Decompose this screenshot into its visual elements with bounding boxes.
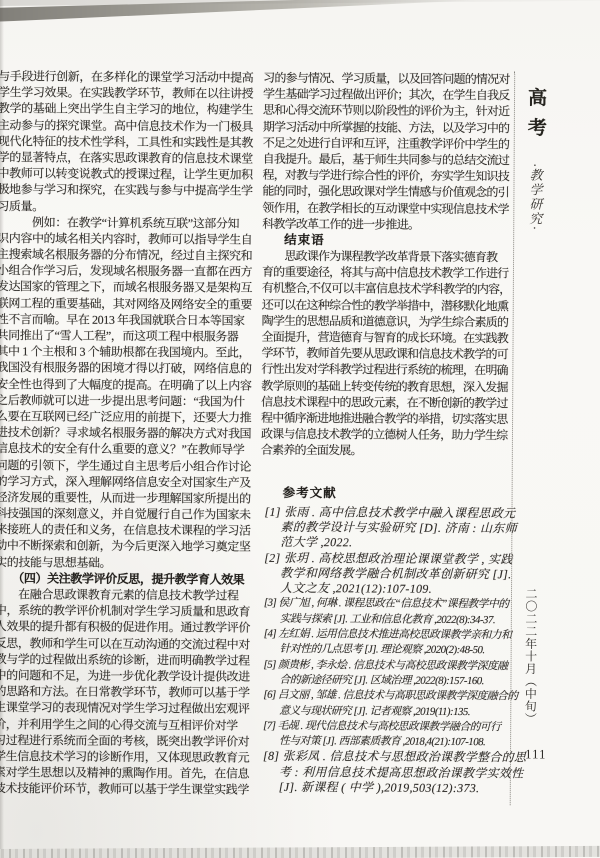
text-line: 在融合思政课教育元素的信息技术教学过程	[0, 586, 267, 604]
reference-line: [5] 颜贵彬 , 李永烩 . 信息技术与高校思政课教学深度融	[264, 657, 512, 674]
text-line: 思和心得交流环节则以阶段性的评价为主，针对近	[263, 102, 515, 120]
page-content: 与手段进行创新，在多样化的课堂学习活动中提高学生学习效果。在实践教学环节，教师在…	[0, 0, 600, 858]
text-line: 合素养的全面发展。	[261, 442, 513, 460]
text-line: 教学的基础上突出学生自主学习的地位，构建学生	[0, 101, 270, 119]
text-line: 全面提升，营造德育与智育的成长环境。在实践教	[262, 329, 514, 347]
left-paragraph-block-2: 在融合思政课教育元素的信息技术教学过程中，系统的教学评价机制对学生学习质量和思政…	[0, 586, 267, 798]
text-line: 有机整合,不仅可以丰富信息技术学科教学的内容，	[262, 280, 514, 298]
scan-edge-texture-bottom	[0, 846, 600, 858]
reference-line-continuation: 意义与现状研究 [J]. 记者观察 ,2019(11):135.	[263, 703, 511, 720]
text-line: 例如：在教学“计算机系统互联”这部分知	[0, 214, 269, 232]
text-line: 动中不断探索和创新，为今后更深入地学习奠定坚	[0, 538, 267, 556]
text-line: 领作用，在教学相长的互动课堂中实现信息技术学	[262, 199, 514, 217]
text-line: 小组合作学习后，发现域名根服务器一直都在西方	[0, 262, 269, 280]
journal-title-vertical: 高考	[522, 87, 549, 147]
text-line: 的思路和方法。在日常教学环节，教师可以基于学	[0, 683, 266, 701]
text-line: 育的重要途径，将其与高中信息技术教学工作进行	[262, 264, 514, 282]
text-line: 信息技术课程中的思政元素，在不断创新的教学过	[261, 394, 513, 412]
text-line: 还可以在这种综合性的教学举措中，潜移默化地熏	[262, 296, 514, 314]
text-line: 进技术创新？寻求域名根服务器的解决方式对我国	[0, 424, 268, 442]
text-line: 么要在互联网已经广泛应用的前提下，还要大力推	[0, 408, 268, 426]
text-line: 生课堂学习的表现情况对学生学习过程做出宏观评	[0, 699, 266, 717]
text-line: 程中循序渐进地推进融合教学的举措，切实落实思	[261, 410, 513, 428]
text-line: 教与学的过程做出系统的诊断，进而明确教学过程	[0, 651, 267, 669]
text-line: 科教学改革工作的进一步推进。	[262, 215, 514, 233]
conclusion-heading: 结束语	[262, 232, 514, 250]
scanned-page: 与手段进行创新，在多样化的课堂学习活动中提高学生学习效果。在实践教学环节，教师在…	[0, 0, 600, 858]
text-line: 共同推出了“雪人工程”，而这项工程中根服务器	[0, 327, 269, 345]
text-line: 学生学习效果。在实践教学环节，教师在以往讲授	[0, 84, 270, 102]
text-line: 政课与信息技术教学的立德树人任务，助力学生综	[261, 426, 513, 444]
conclusion-paragraph-block: 思政课作为课程教学改革背景下落实德育教育的重要途径，将其与高中信息技术教学工作进…	[261, 248, 514, 460]
text-line: 我国没有根服务器的困境才得以打破，网络信息的	[0, 360, 268, 378]
reference-item: [4] 左红娟 . 运用信息技术推进高校思政课教学亲和力和针对性的几点思考 [J…	[264, 627, 512, 659]
text-line: 学生信息技术学习的诊断作用，又体现思政教育元	[0, 748, 266, 766]
reference-line: [8] 张彩凤 . 信息技术与思想政治课教学整合的思	[263, 749, 511, 766]
text-line: 之后教师就可以进一步提出思考问题：“我国为什	[0, 392, 268, 410]
text-line: 教学原则的基础上转变传统的教育思想，深入发掘	[261, 377, 513, 395]
reference-line-continuation: 针对性的几点思考 [J]. 理论观察 ,2020(2):48-50.	[264, 642, 512, 659]
text-line: 习质量。	[0, 198, 269, 216]
text-line: 经济发展的重要性，从而进一步理解国家所提出的	[0, 489, 268, 507]
text-line: 其中 1 个主根和 3 个辅助根都在我国境内。至此，	[0, 343, 269, 361]
text-line: 反思，教师和学生可以在互动沟通的交流过程中对	[0, 635, 267, 653]
references-list: [1] 张雨 . 高中信息技术教学中融入课程思政元素的教学设计与实验研究 [D]…	[263, 504, 513, 796]
journal-issue-date-vertical: 二〇二二年十月（中旬）	[522, 587, 540, 725]
reference-line-continuation: 实践与探索 [J]. 工业和信息化教育 ,2022(8):34-37.	[264, 612, 512, 629]
text-line: 自我提升。最后，基于师生共同参与的总结交流过	[263, 151, 515, 169]
left-column: 与手段进行创新，在多样化的课堂学习活动中提高学生学习效果。在实践教学环节，教师在…	[0, 68, 270, 798]
text-line: 安全性也得到了大幅度的提高。在明确了以上内容	[0, 376, 268, 394]
reference-line-continuation: 合的新途径研究 [J]. 区域治理 ,2022(8):157-160.	[263, 673, 511, 690]
text-line: 主搜索域名根服务器的分布情况，经过自主探究和	[0, 246, 269, 264]
reference-line-continuation: 教学和网络教学融合机制改革创新研究 [J].	[264, 566, 512, 583]
text-line: 发达国家的管理之下，而域名根服务器又是架构互	[0, 279, 269, 297]
reference-line: [6] 吕文丽 , 邹雄 . 信息技术与高职思政课教学深度融合的	[263, 688, 511, 705]
text-line: 实的技能与思想基础。	[0, 554, 267, 572]
text-line: 中，系统的教学评价机制对学生学习质量和思政育	[0, 602, 267, 620]
reference-line-continuation: 考 : 利用信息技术提高思想政治课教学实效性	[263, 765, 511, 782]
text-line: 的学习方式，深入理解网络信息安全对国家生产及	[0, 473, 268, 491]
text-line: 现代化特征的技术性学科，工具性和实践性是其教	[0, 133, 270, 151]
reference-line: [4] 左红娟 . 运用信息技术推进高校思政课教学亲和力和	[264, 627, 512, 644]
text-line: 学环节，教师首先要从思政课和信息技术教学的可	[261, 345, 513, 363]
text-line: 信息技术的安全有什么重要的意义？”在教师导学	[0, 440, 268, 458]
text-line: 中教师可以转变说教式的授课过程，让学生更加积	[0, 165, 270, 183]
text-line: 技术技能评价环节，教师可以基于学生课堂实践学	[0, 780, 266, 798]
text-line: 习的参与情况、学习质量，以及回答问题的情况对	[263, 70, 515, 88]
reference-item: [8] 张彩凤 . 信息技术与思想政治课教学整合的思考 : 利用信息技术提高思想…	[263, 749, 511, 796]
text-line: 与手段进行创新，在多样化的课堂学习活动中提高	[0, 68, 270, 86]
text-line: 期学习活动中所掌握的技能、方法，以及学习中的	[263, 118, 515, 136]
text-line: 陶学生的思想品质和道德意识，为学生综合素质的	[262, 313, 514, 331]
reference-item: [5] 颜贵彬 , 李永烩 . 信息技术与高校思政课教学深度融合的新途径研究 […	[263, 657, 511, 689]
reference-line: [3] 侯广旭 , 何琳 . 课程思政在“信息技术”课程教学中的	[264, 596, 512, 613]
reference-item: [2] 张玥 . 高校思想政治理论课课堂教学 , 实践教学和网络教学融合机制改革…	[264, 550, 512, 597]
left-paragraph-block-1: 与手段进行创新，在多样化的课堂学习活动中提高学生学习效果。在实践教学环节，教师在…	[0, 68, 270, 571]
reference-line-continuation: [J]. 新课程 ( 中学 ),2019,503(12):373.	[263, 780, 511, 797]
text-line: 极地参与学习和探究，在实践与参与中提高学生学	[0, 181, 270, 199]
text-line: 主动参与的探究课堂。高中信息技术作为一门极具	[0, 117, 270, 135]
reference-line: [2] 张玥 . 高校思想政治理论课课堂教学 , 实践	[264, 550, 512, 567]
reference-item: [3] 侯广旭 , 何琳 . 课程思政在“信息技术”课程教学中的实践与探索 [J…	[264, 596, 512, 628]
text-line: 不足之处进行自评和互评，注重教学评价中学生的	[263, 135, 515, 153]
text-line: 能的同时，强化思政课对学生情感与价值观念的引	[262, 183, 514, 201]
text-line: 程，对教与学进行综合性的评价，夯实学生知识技	[263, 167, 515, 185]
reference-line-continuation: 人文之友 ,2021(12):107-109.	[264, 581, 512, 598]
right-column: 习的参与情况、学习质量，以及回答问题的情况对学生基础学习过程做出评价；其次，在学…	[259, 70, 515, 797]
text-line: 行性出发对学科教学过程进行系统的梳理，在明确	[261, 361, 513, 379]
text-line: 学生基础学习过程做出评价；其次，在学生自我反	[263, 86, 515, 104]
reference-item: [1] 张雨 . 高中信息技术教学中融入课程思政元素的教学设计与实验研究 [D]…	[264, 504, 512, 551]
text-line: 习过程进行系统而全面的考核，既突出教学评价对	[0, 732, 266, 750]
text-line: 识内容中的域名相关内容时，教师可以指导学生自	[0, 230, 269, 248]
right-paragraph-block-1: 习的参与情况、学习质量，以及回答问题的情况对学生基础学习过程做出评价；其次，在学…	[262, 70, 515, 233]
reference-line: [1] 张雨 . 高中信息技术教学中融入课程思政元	[264, 504, 512, 521]
reference-item: [7] 毛觇 . 现代信息技术与高校思政课教学融合的可行性与对策 [J]. 西部…	[263, 719, 511, 751]
text-line: 素对学生思想以及精神的熏陶作用。首先，在信息	[0, 764, 266, 782]
text-line: 联网工程的重要基础，其对网络及网络安全的重要	[0, 295, 269, 313]
reference-item: [6] 吕文丽 , 邹雄 . 信息技术与高职思政课教学深度融合的意义与现状研究 …	[263, 688, 511, 720]
journal-section-label-vertical: ·教学研究·	[525, 163, 544, 231]
text-line: 价，并利用学生之间的心得交流与互相评价对学	[0, 716, 266, 734]
text-line: 学的显著特点，在落实思政课教育的信息技术课堂	[0, 149, 270, 167]
text-line: 人效果的提升都有积极的促进作用。通过教学评价	[0, 619, 267, 637]
references-heading: 参考文献	[261, 484, 513, 502]
text-line: 科技强国的深刻意义，并自觉履行自己作为国家未	[0, 505, 268, 523]
text-line: 问题的引领下，学生通过自主思考后小组合作讨论	[0, 457, 268, 475]
text-line: 来接班人的责任和义务，在信息技术课程的学习活	[0, 521, 267, 539]
page-number: 111	[525, 746, 547, 762]
text-line: 性不言而喻。早在 2013 年我国就联合日本等国家	[0, 311, 269, 329]
text-line: 中的问题和不足，为进一步优化教学设计提供改进	[0, 667, 267, 685]
reference-line-continuation: 范大学 ,2022.	[264, 535, 512, 552]
text-line: 思政课作为课程教学改革背景下落实德育教	[262, 248, 514, 266]
section-heading: （四）关注教学评价反思，提升教学育人效果	[0, 570, 267, 588]
reference-line: [7] 毛觇 . 现代信息技术与高校思政课教学融合的可行	[263, 719, 511, 736]
